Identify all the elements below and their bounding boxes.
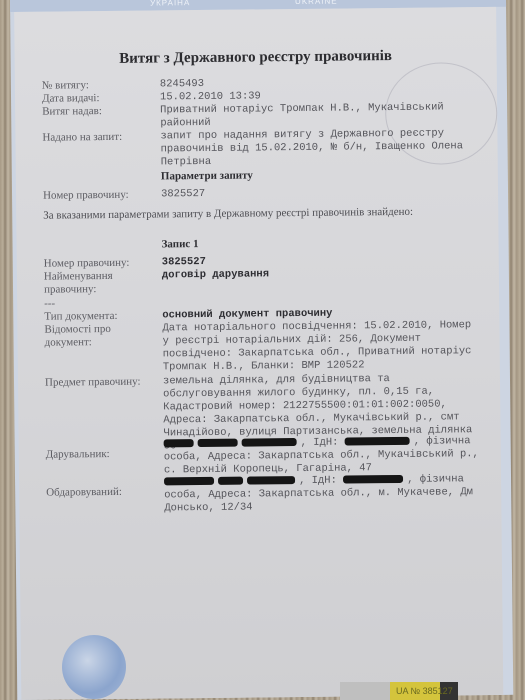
record-number-label: Номер правочину: [44, 257, 154, 271]
donee-address: особа, Адреса: Закарпатська обл., м. Мук… [164, 486, 479, 514]
donor-value: , ІдН: , фізичнаособа, Адреса: Закарпатс… [164, 435, 484, 477]
donee-label: Обдаровуваний: [46, 485, 156, 499]
header-band-left: УКРАЇНА [150, 0, 190, 8]
extract-number-label: № витягу: [42, 79, 152, 93]
hologram-globe-icon [62, 635, 126, 699]
query-number-value: 3825527 [161, 185, 481, 201]
issued-by-label: Витяг надав: [42, 105, 152, 119]
subject-label: Предмет правочину: [45, 376, 155, 390]
donor-suffix: , фізична [414, 435, 471, 448]
found-sentence: За вказаними параметрами запиту в Держав… [43, 206, 413, 222]
doc-info-label: Відомості про документ: [44, 323, 124, 350]
request-label: Надано на запит: [42, 131, 152, 145]
request-value: запит про надання витягу з Державного ре… [160, 127, 480, 169]
doc-type-label: Тип документа: [44, 310, 154, 324]
query-params-heading: Параметри запиту [161, 169, 253, 182]
issue-date-label: Дата видачі: [42, 92, 152, 106]
document-sheet: Витяг з Державного реєстру правочинів № … [14, 7, 503, 700]
redaction [343, 475, 403, 484]
donee-idn-label: , ІдН: [299, 475, 337, 487]
document-paper: УКРАЇНА UKRAINE Витяг з Державного реєст… [10, 0, 513, 700]
doc-info-value: Дата нотаріального посвідчення: 15.02.20… [162, 319, 483, 374]
query-number-label: Номер правочину: [43, 189, 153, 203]
redaction [218, 477, 243, 485]
donor-address: особа, Адреса: Закарпатська обл., Мукачі… [164, 448, 485, 476]
donee-value: , ІдН: , фізичнаособа, Адреса: Закарпатс… [164, 473, 484, 515]
redaction [247, 476, 295, 485]
deal-name-value: договір дарування [162, 266, 482, 282]
redaction [164, 439, 194, 447]
donor-idn-label: , ІдН: [301, 437, 339, 449]
header-band-right: UKRAINE [295, 0, 338, 6]
deal-name-label: Найменування правочину: [44, 270, 134, 297]
redaction [164, 477, 214, 486]
redaction [242, 438, 297, 447]
donee-suffix: , фізична [407, 473, 464, 486]
donor-label: Дарувальник: [46, 447, 156, 461]
redaction [198, 439, 238, 447]
separator: --- [44, 297, 154, 311]
redaction [345, 437, 410, 446]
issued-by-value: Приватний нотаріус Тромпак Н.В., Мукачів… [160, 101, 480, 130]
security-sticker: UA № 385127 [340, 682, 458, 700]
record-heading: Запис 1 [162, 238, 199, 250]
sticker-text: UA № 385127 [396, 686, 453, 696]
